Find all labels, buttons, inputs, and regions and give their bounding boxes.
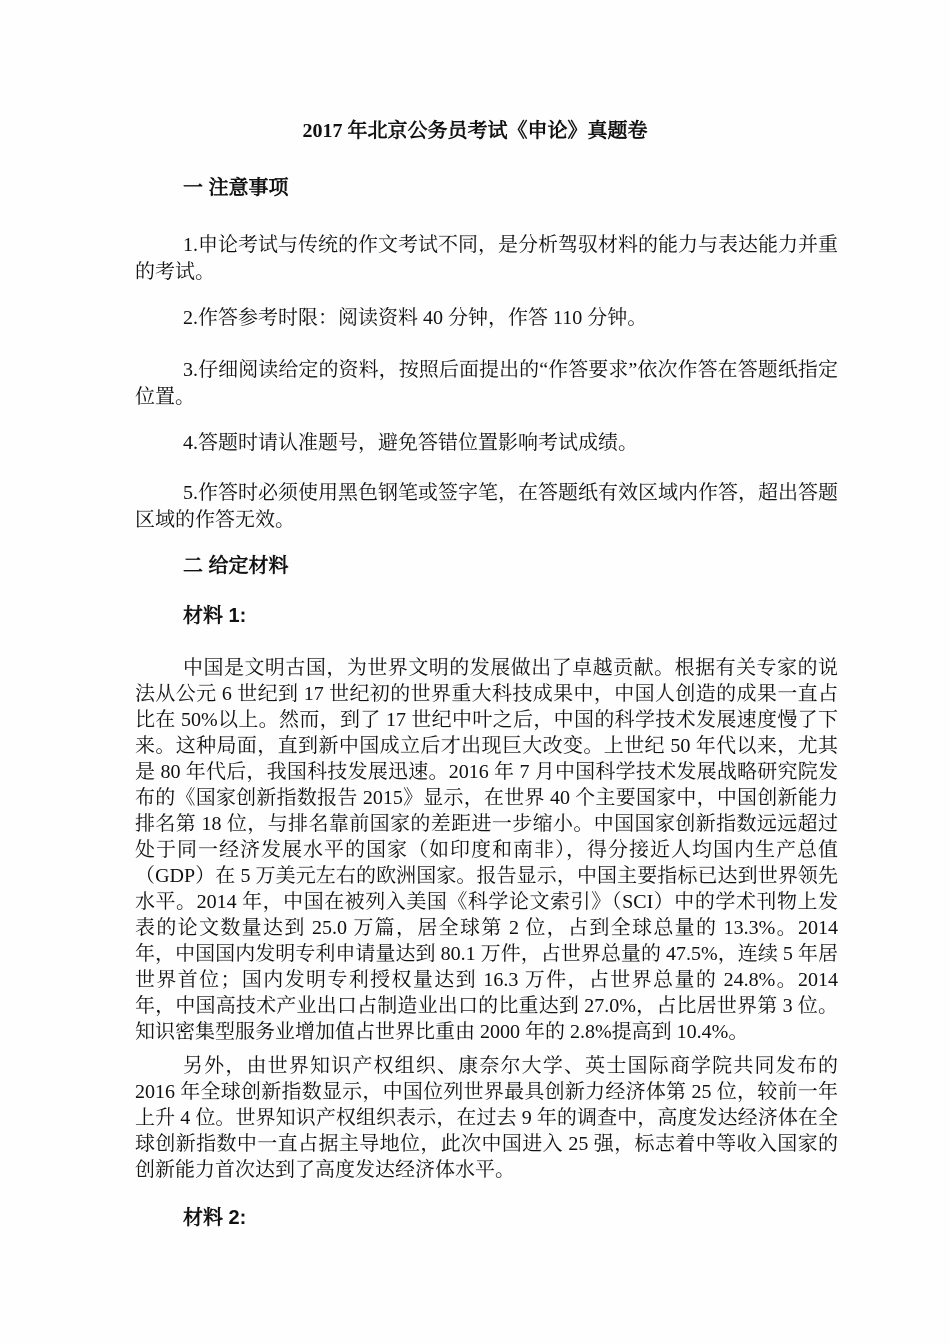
material-1-label: 材料 1: [135, 603, 838, 630]
material-1-paragraph-2: 另外，由世界知识产权组织、康奈尔大学、英士国际商学院共同发布的 2016 年全球… [135, 1053, 838, 1183]
materials-section-heading: 二 给定材料 [135, 553, 838, 580]
notice-item-5: 5.作答时必须使用黑色钢笔或签字笔，在答题纸有效区域内作答，超出答题区域的作答无… [135, 480, 838, 534]
material-1-paragraph-1: 中国是文明古国，为世界文明的发展做出了卓越贡献。根据有关专家的说法从公元 6 世… [135, 655, 838, 1045]
notice-item-1: 1.申论考试与传统的作文考试不同，是分析驾驭材料的能力与表达能力并重的考试。 [135, 232, 838, 286]
material-2-label: 材料 2: [135, 1205, 838, 1232]
notice-item-2: 2.作答参考时限：阅读资料 40 分钟，作答 110 分钟。 [135, 305, 838, 332]
notice-item-3: 3.仔细阅读给定的资料，按照后面提出的“作答要求”依次作答在答题纸指定位置。 [135, 357, 838, 411]
notice-item-4: 4.答题时请认准题号，避免答错位置影响考试成绩。 [135, 430, 838, 457]
notice-section-heading: 一 注意事项 [135, 175, 838, 202]
document-body: 一 注意事项 1.申论考试与传统的作文考试不同，是分析驾驭材料的能力与表达能力并… [135, 0, 838, 1232]
document-page: 2017 年北京公务员考试《申论》真题卷 一 注意事项 1.申论考试与传统的作文… [0, 0, 950, 1344]
